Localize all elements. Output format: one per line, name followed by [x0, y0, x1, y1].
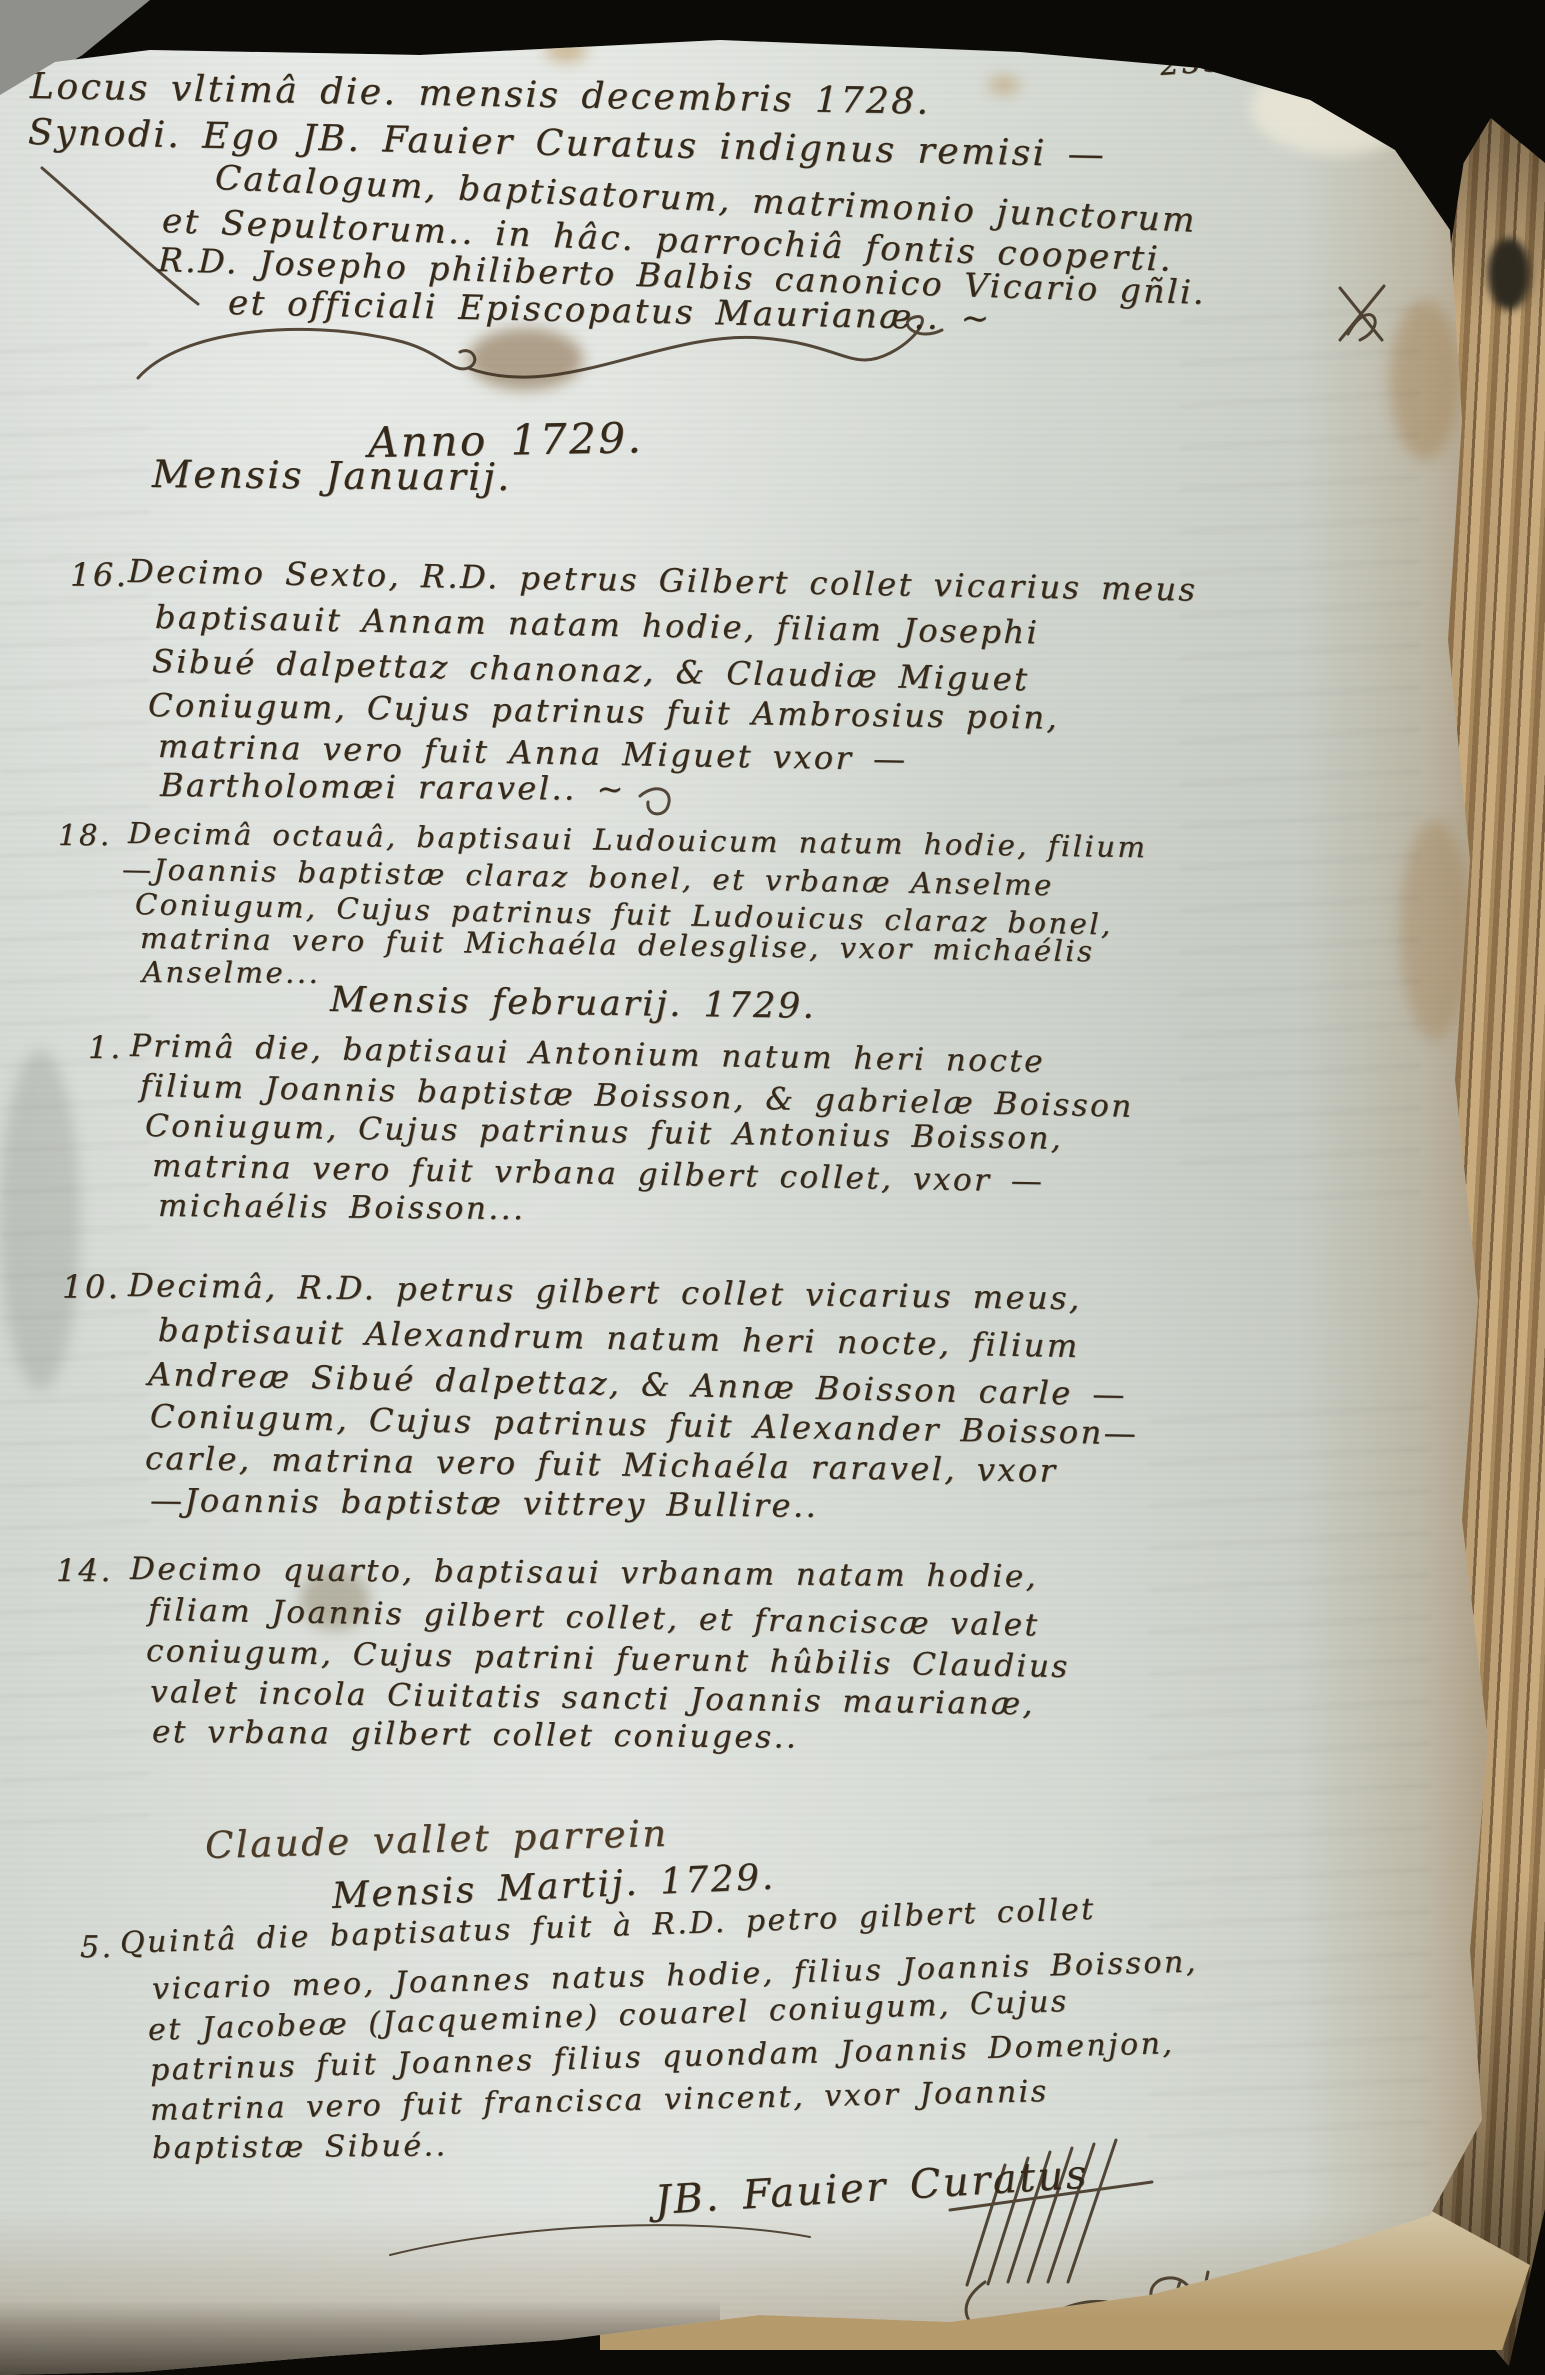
heading-month-january: Mensis Januarij. — [152, 452, 512, 499]
fore-edge-dark-stain — [1488, 238, 1530, 310]
entry-day-number: 1. — [88, 1030, 123, 1066]
entry-day-number: 14. — [56, 1553, 113, 1589]
entry-line: et vrbana gilbert collet coniuges.. — [152, 1714, 799, 1756]
signature-underline-sweep — [390, 2225, 810, 2255]
photograph-of-parish-register: { "colors": { "background": "#0b0a07", "… — [0, 0, 1545, 2375]
heading-month-february: Mensis februarij. 1729. — [330, 980, 817, 1027]
entry-day-number: 10. — [62, 1268, 120, 1306]
entry-day-number: 5. — [80, 1930, 114, 1965]
entry-line: Bartholomæi raravel.. ~ — [160, 766, 626, 808]
folio-number: 235. — [1159, 43, 1238, 83]
right-margin-paraph — [1340, 286, 1384, 340]
entry-line: michaélis Boisson... — [158, 1188, 526, 1227]
fox-spot — [1238, 40, 1298, 76]
entry-day-number: 18. — [58, 818, 112, 852]
entry-line: baptistæ Sibué.. — [152, 2128, 448, 2166]
entry-day-number: 16. — [70, 556, 128, 594]
entry-line: Anselme... — [142, 955, 320, 990]
quire-mark: 2 — [688, 16, 706, 44]
manuscript-page: 2 235. Locus vltimâ die. mensis decembri… — [0, 0, 1545, 2375]
preamble-swash-left — [138, 329, 475, 378]
entry-line: —Joannis baptistæ vittrey Bullire.. — [150, 1481, 819, 1525]
entry-end-curl — [640, 789, 669, 814]
